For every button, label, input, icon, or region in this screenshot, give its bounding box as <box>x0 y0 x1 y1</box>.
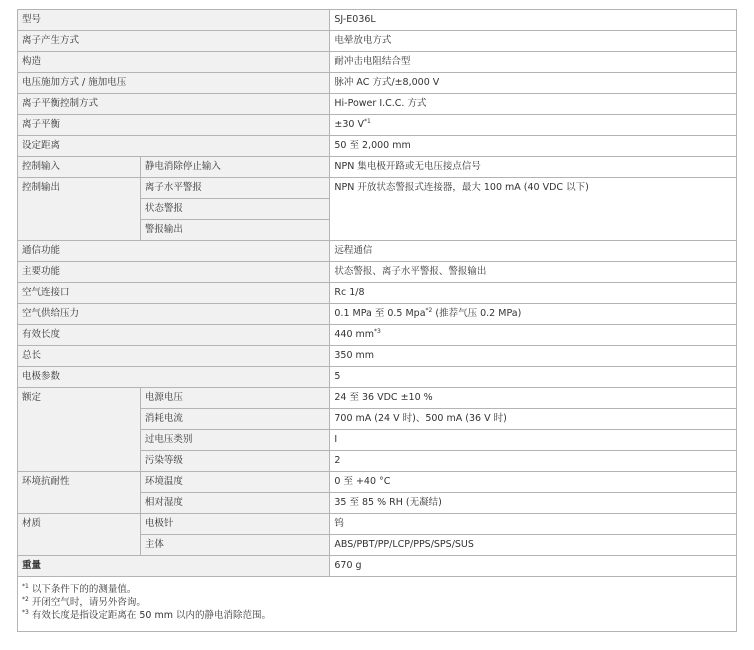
footnote-mark: *2 <box>22 596 29 603</box>
row-label: 设定距离 <box>18 136 330 157</box>
footnote-text: 开闭空气时，请另外咨询。 <box>29 597 146 608</box>
table-row: 重量 670 g <box>18 556 737 577</box>
row-sublabel: 相对湿度 <box>140 493 329 514</box>
row-value: SJ-E036L <box>330 10 737 31</box>
footnote-mark: *1 <box>22 583 29 590</box>
table-row: 空气供给压力 0.1 MPa 至 0.5 Mpa*2 (推荐气压 0.2 MPa… <box>18 304 737 325</box>
row-value: 50 至 2,000 mm <box>330 136 737 157</box>
row-value: 700 mA (24 V 时)、500 mA (36 V 时) <box>330 409 737 430</box>
row-sublabel: 过电压类别 <box>140 430 329 451</box>
value-text: 0.1 MPa 至 0.5 Mpa <box>334 308 425 319</box>
row-value: ABS/PBT/PP/LCP/PPS/SPS/SUS <box>330 535 737 556</box>
table-row: 设定距离 50 至 2,000 mm <box>18 136 737 157</box>
footnote: *1 以下条件下的的测量值。 <box>22 583 732 596</box>
row-label: 型号 <box>18 10 330 31</box>
row-value: 0 至 +40 °C <box>330 472 737 493</box>
row-label: 材质 <box>18 514 141 556</box>
row-value: 状态警报、离子水平警报、警报输出 <box>330 262 737 283</box>
row-sublabel: 静电消除停止输入 <box>140 157 329 178</box>
row-value: 24 至 36 VDC ±10 % <box>330 388 737 409</box>
row-value: NPN 集电极开路或无电压接点信号 <box>330 157 737 178</box>
table-row: 控制输入 静电消除停止输入 NPN 集电极开路或无电压接点信号 <box>18 157 737 178</box>
footnote: *3 有效长度是指设定距离在 50 mm 以内的静电消除范围。 <box>22 609 732 622</box>
row-value: 5 <box>330 367 737 388</box>
footnote-ref: *3 <box>374 328 381 335</box>
row-value: 440 mm*3 <box>330 325 737 346</box>
row-value: 670 g <box>330 556 737 577</box>
row-value: I <box>330 430 737 451</box>
row-label: 主要功能 <box>18 262 330 283</box>
table-row: 控制输出 离子水平警报 NPN 开放状态警报式连接器，最大 100 mA (40… <box>18 178 737 199</box>
row-label: 环境抗耐性 <box>18 472 141 514</box>
table-row: 离子产生方式 电晕放电方式 <box>18 31 737 52</box>
footnote-text: 有效长度是指设定距离在 50 mm 以内的静电消除范围。 <box>29 610 271 621</box>
row-label: 构造 <box>18 52 330 73</box>
row-label: 总长 <box>18 346 330 367</box>
row-sublabel: 消耗电流 <box>140 409 329 430</box>
row-label: 控制输入 <box>18 157 141 178</box>
row-sublabel: 污染等级 <box>140 451 329 472</box>
table-row: 材质 电极针 钨 <box>18 514 737 535</box>
table-row: 离子平衡 ±30 V*1 <box>18 115 737 136</box>
row-label: 空气供给压力 <box>18 304 330 325</box>
row-label: 离子平衡控制方式 <box>18 94 330 115</box>
row-sublabel: 环境温度 <box>140 472 329 493</box>
row-label: 有效长度 <box>18 325 330 346</box>
table-row: 通信功能 远程通信 <box>18 241 737 262</box>
row-value: ±30 V*1 <box>330 115 737 136</box>
footnote: *2 开闭空气时，请另外咨询。 <box>22 596 732 609</box>
row-label: 额定 <box>18 388 141 472</box>
row-value: 35 至 85 % RH (无凝结) <box>330 493 737 514</box>
table-row: 型号 SJ-E036L <box>18 10 737 31</box>
row-label: 离子平衡 <box>18 115 330 136</box>
footnote-ref: *1 <box>364 118 371 125</box>
row-value: NPN 开放状态警报式连接器，最大 100 mA (40 VDC 以下) <box>330 178 737 241</box>
footnote-mark: *3 <box>22 609 29 616</box>
spec-sheet: 型号 SJ-E036L 离子产生方式 电晕放电方式 构造 耐冲击电阻结合型 电压… <box>17 9 737 632</box>
spec-table: 型号 SJ-E036L 离子产生方式 电晕放电方式 构造 耐冲击电阻结合型 电压… <box>17 9 737 577</box>
row-value: Rc 1/8 <box>330 283 737 304</box>
row-label: 电压施加方式 / 施加电压 <box>18 73 330 94</box>
value-text: 440 mm <box>334 329 374 340</box>
row-sublabel: 警报输出 <box>140 220 329 241</box>
table-row: 额定 电源电压 24 至 36 VDC ±10 % <box>18 388 737 409</box>
row-sublabel: 主体 <box>140 535 329 556</box>
table-row: 电极参数 5 <box>18 367 737 388</box>
table-row: 空气连接口 Rc 1/8 <box>18 283 737 304</box>
table-row: 构造 耐冲击电阻结合型 <box>18 52 737 73</box>
table-row: 离子平衡控制方式 Hi-Power I.C.C. 方式 <box>18 94 737 115</box>
row-label: 离子产生方式 <box>18 31 330 52</box>
value-text: (推荐气压 0.2 MPa) <box>432 308 521 319</box>
row-sublabel: 电源电压 <box>140 388 329 409</box>
row-label: 空气连接口 <box>18 283 330 304</box>
row-value: 耐冲击电阻结合型 <box>330 52 737 73</box>
row-value: 电晕放电方式 <box>330 31 737 52</box>
row-value: 2 <box>330 451 737 472</box>
row-value: 钨 <box>330 514 737 535</box>
row-sublabel: 离子水平警报 <box>140 178 329 199</box>
row-value: 脉冲 AC 方式/±8,000 V <box>330 73 737 94</box>
row-label: 通信功能 <box>18 241 330 262</box>
footnote-text: 以下条件下的的测量值。 <box>29 584 137 595</box>
value-text: ±30 V <box>334 119 364 130</box>
row-value: 远程通信 <box>330 241 737 262</box>
table-row: 电压施加方式 / 施加电压 脉冲 AC 方式/±8,000 V <box>18 73 737 94</box>
row-label: 重量 <box>18 556 330 577</box>
row-sublabel: 状态警报 <box>140 199 329 220</box>
row-label: 电极参数 <box>18 367 330 388</box>
row-sublabel: 电极针 <box>140 514 329 535</box>
row-value: 350 mm <box>330 346 737 367</box>
table-row: 有效长度 440 mm*3 <box>18 325 737 346</box>
footnotes: *1 以下条件下的的测量值。 *2 开闭空气时，请另外咨询。 *3 有效长度是指… <box>17 577 737 632</box>
table-row: 环境抗耐性 环境温度 0 至 +40 °C <box>18 472 737 493</box>
table-row: 主要功能 状态警报、离子水平警报、警报输出 <box>18 262 737 283</box>
row-label: 控制输出 <box>18 178 141 241</box>
row-value: 0.1 MPa 至 0.5 Mpa*2 (推荐气压 0.2 MPa) <box>330 304 737 325</box>
table-row: 总长 350 mm <box>18 346 737 367</box>
row-value: Hi-Power I.C.C. 方式 <box>330 94 737 115</box>
